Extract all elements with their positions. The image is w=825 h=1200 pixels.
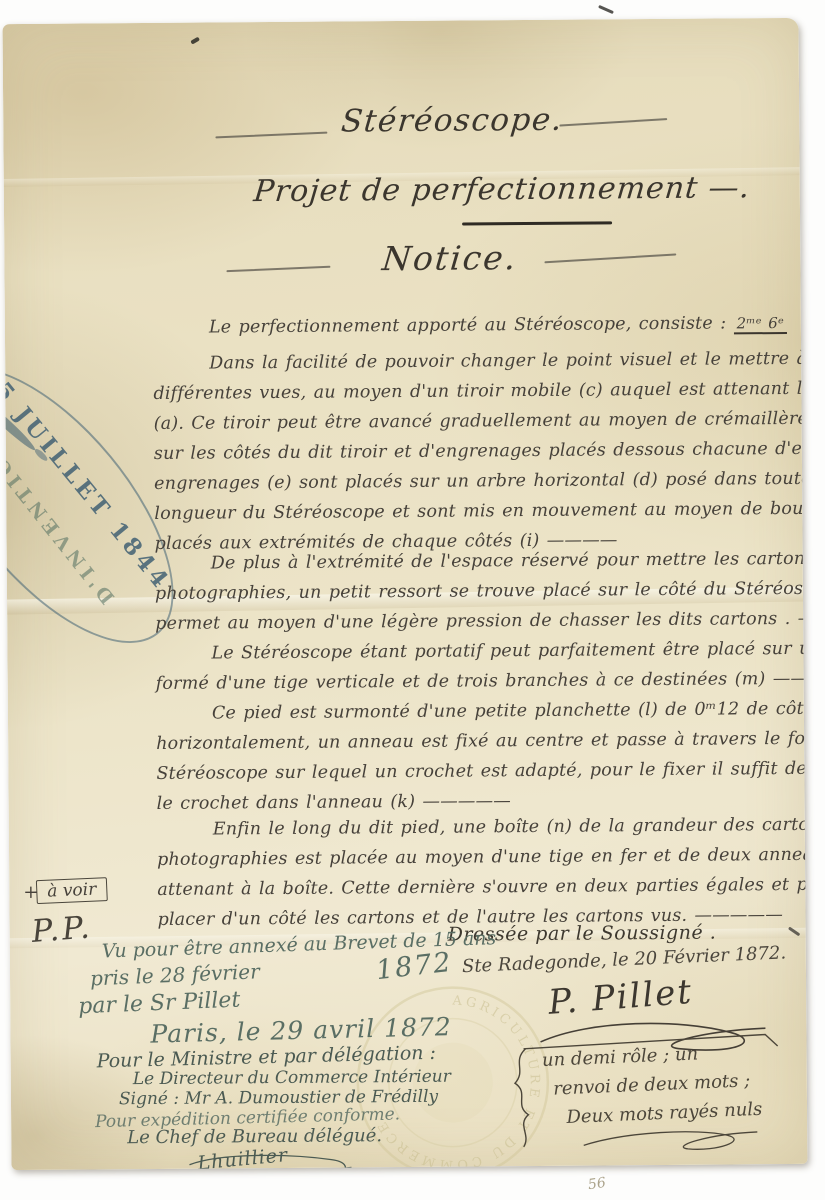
a-voir-label: à voir [47,880,97,902]
paragraph-5: Ce pied est surmonté d'une petite planch… [156,694,808,819]
note-bracket [503,1023,798,1155]
pen-ornament-icon [3,394,38,453]
paragraph-3: De plus à l'extrémité de l'espace réserv… [155,544,808,639]
scanner-background: 5 JUILLET 1844 D'INVENTION AGRICULTURE E… [0,0,825,1200]
body-line: longueur du Stéréoscope et sont mis en m… [154,494,807,529]
paragraph-1: Le perfectionnement apporté au Stéréosco… [153,308,808,343]
admin-annotation-6: Le Directeur du Commerce Intérieur [133,1067,451,1089]
doc-subtitle: Projet de perfectionnement —. [252,170,752,209]
registrar-note: un demi rôle ; un renvoi de deux mots ; … [513,1035,807,1170]
body-text: Le perfectionnement apporté au Stéréosco… [209,313,727,337]
a-voir-box: à voir [36,877,108,904]
pencil-number: 56 [587,1175,607,1193]
subtitle-underline [462,221,612,225]
inline-annotation: 2ᵐᵉ 6ᵉ [733,314,787,334]
stamp-invention-text: D'INVENTION [3,400,145,641]
document-page: 5 JUILLET 1844 D'INVENTION AGRICULTURE E… [3,18,808,1170]
paragraph-6: Enfin le long du dit pied, une boîte (n)… [157,810,808,935]
clerk-signature-flourish [181,1141,381,1170]
margin-initials: P.P. [30,909,93,950]
title-block: Stéréoscope. Projet de perfectionnement … [3,18,799,24]
doc-title: Stéréoscope. [340,102,565,140]
flourish-dash [544,253,676,263]
paragraph-4: Le Stéréoscope étant portatif peut parfa… [155,634,807,699]
paragraph-2: Dans la facilité de pouvoir changer le p… [153,344,807,559]
admin-annotation-2: pris le 28 février [90,959,261,990]
admin-annotation-3: par le Sr Pillet [78,987,241,1019]
body-line: Stéréoscope sur lequel un crochet est ad… [156,754,807,789]
flourish-dash [559,118,667,126]
closing-place-date: Ste Radegonde, le 20 Février 1872. [462,942,787,977]
body-line: Le perfectionnement apporté au Stéréosco… [153,308,808,343]
flourish-dash [226,266,330,272]
flourish-dash [215,132,327,139]
paper-fleck [190,37,200,45]
doc-section-title: Notice. [380,238,519,278]
stray-ink-mark [598,5,614,14]
